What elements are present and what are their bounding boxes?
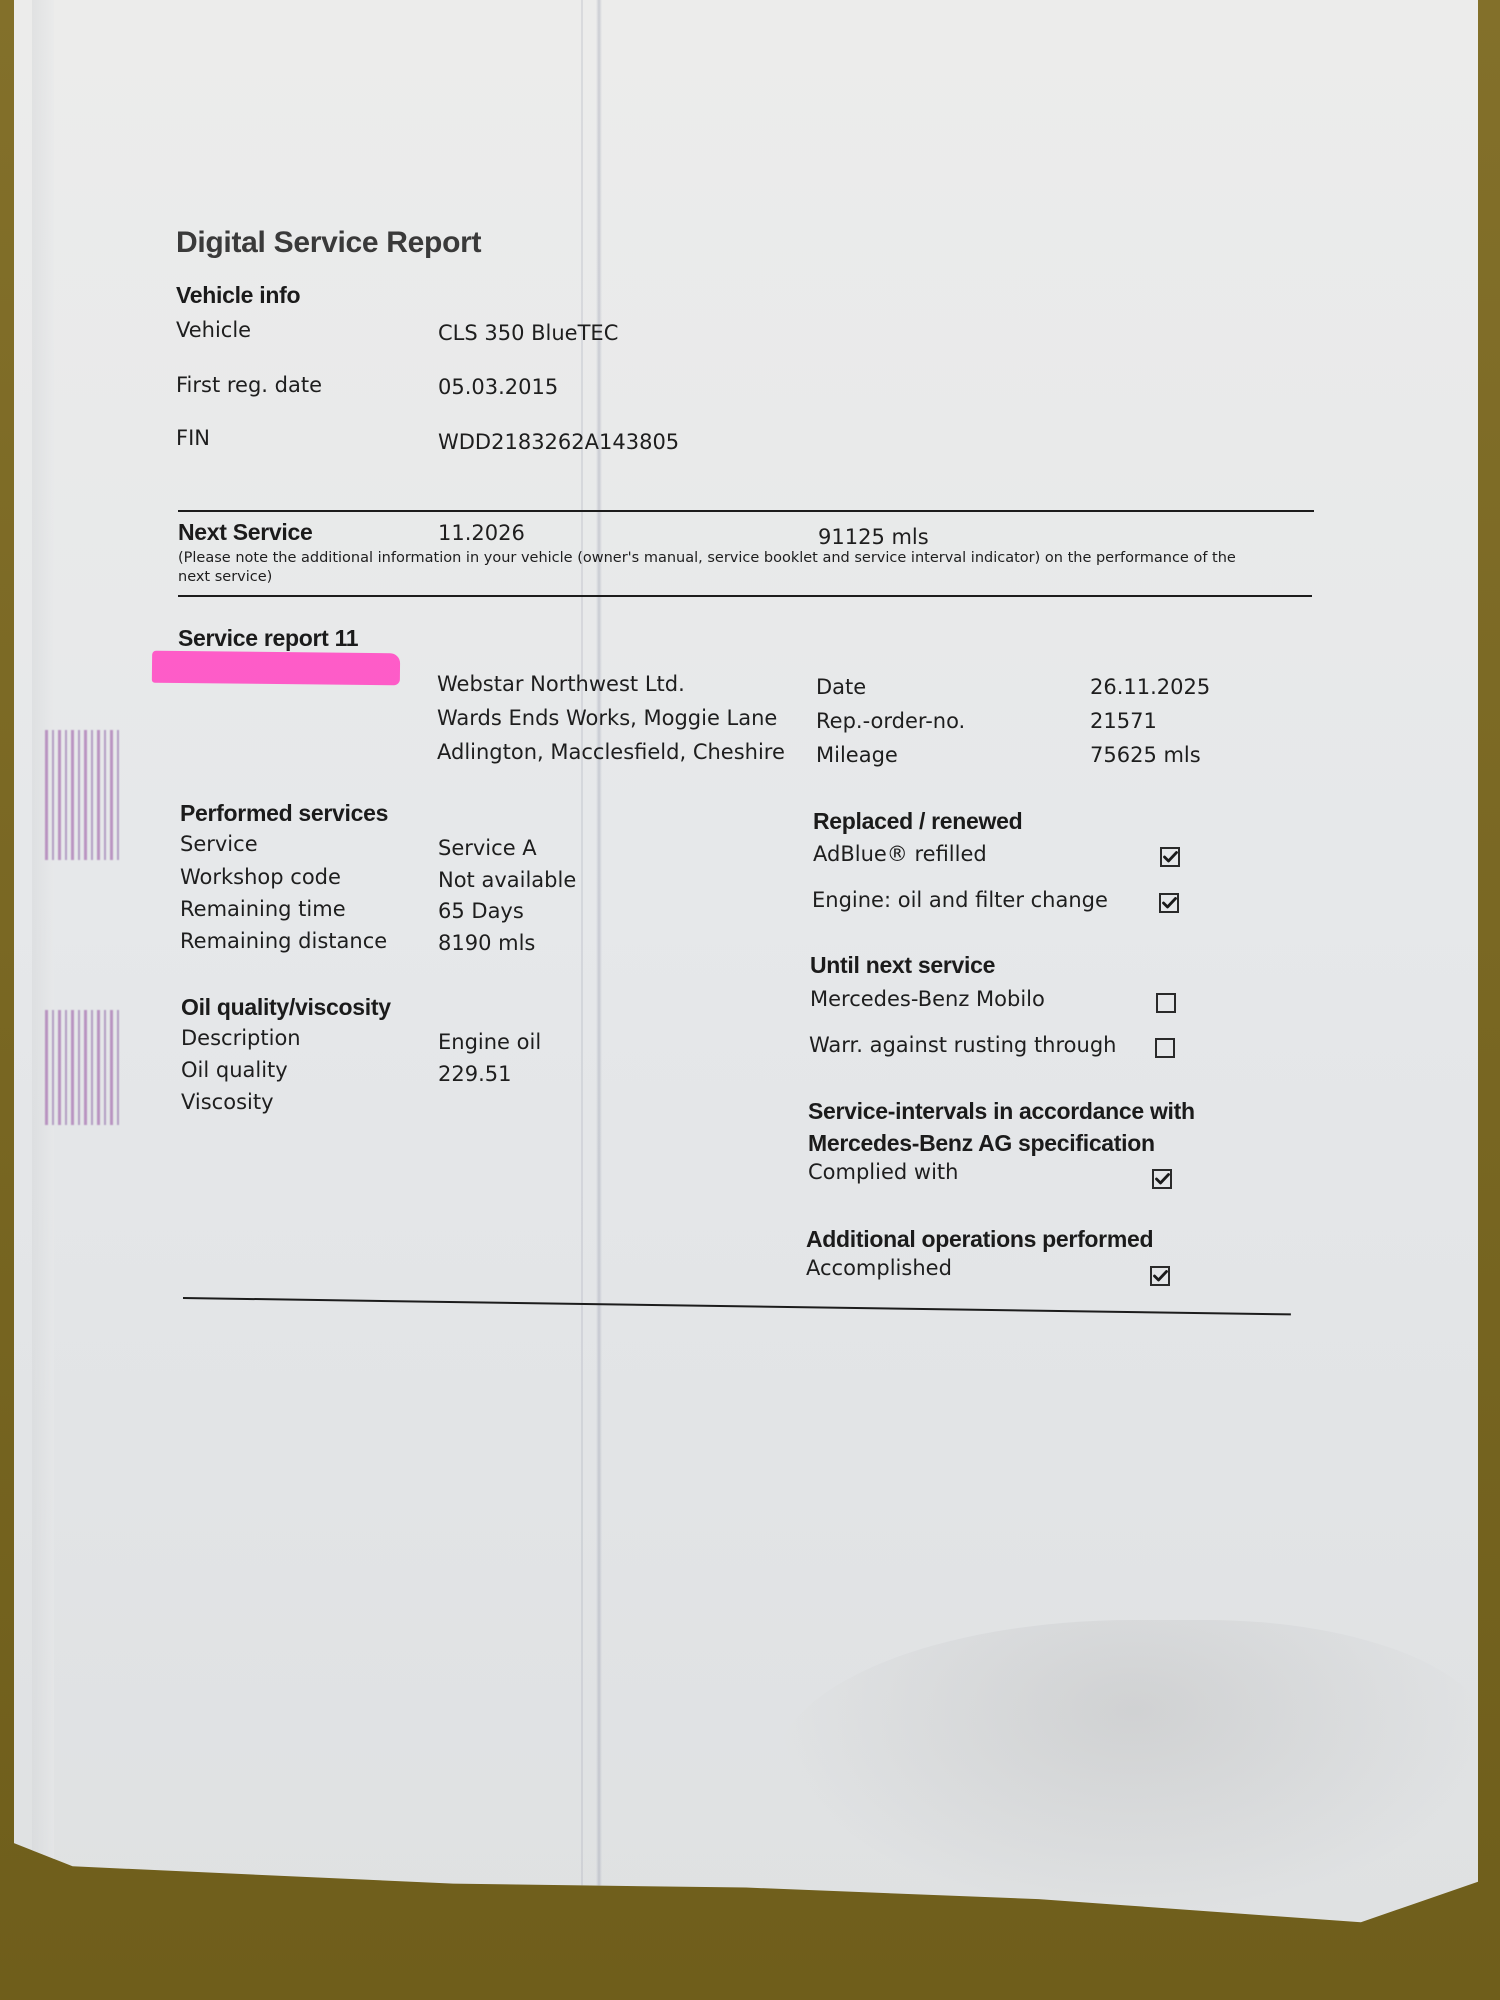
rust-warranty-checkbox[interactable]	[1155, 1038, 1175, 1058]
remaining-distance-label: Remaining distance	[180, 929, 387, 953]
vehicle-label: Vehicle	[176, 318, 251, 342]
service-report-heading: Service report 11	[178, 625, 358, 652]
first-reg-value: 05.03.2015	[438, 375, 558, 399]
checkmark-icon	[1155, 1173, 1170, 1185]
replaced-heading: Replaced / renewed	[813, 808, 1022, 835]
highlighter-mark	[152, 651, 400, 686]
next-service-label: Next Service	[178, 519, 313, 546]
workshop-code-label: Workshop code	[180, 865, 341, 889]
checkmark-icon	[1153, 1270, 1168, 1282]
remaining-distance-value: 8190 mls	[438, 931, 535, 955]
adblue-label: AdBlue® refilled	[813, 842, 987, 866]
dealer-address-1: Wards Ends Works, Moggie Lane	[437, 706, 777, 730]
additional-ops-heading: Additional operations performed	[806, 1226, 1153, 1253]
oil-heading: Oil quality/viscosity	[181, 994, 391, 1021]
service-intervals-heading-cont: Mercedes-Benz AG specification	[808, 1130, 1155, 1157]
remaining-time-value: 65 Days	[438, 899, 524, 923]
remaining-time-label: Remaining time	[180, 897, 346, 921]
rep-order-label: Rep.-order-no.	[816, 709, 965, 733]
oil-description-label: Description	[181, 1026, 301, 1050]
mobilo-checkbox[interactable]	[1156, 993, 1176, 1013]
rust-warranty-label: Warr. against rusting through	[809, 1033, 1116, 1057]
fold-line	[581, 0, 583, 1900]
next-service-note: (Please note the additional information …	[178, 549, 1236, 567]
oil-quality-value: 229.51	[438, 1062, 511, 1086]
mileage-label: Mileage	[816, 743, 898, 767]
dealer-address-2: Adlington, Macclesfield, Cheshire	[437, 740, 785, 764]
oil-filter-checkbox[interactable]	[1159, 893, 1179, 913]
next-service-note-cont: next service)	[178, 568, 272, 586]
complied-label: Complied with	[808, 1160, 958, 1184]
adblue-checkbox[interactable]	[1160, 847, 1180, 867]
next-service-mileage: 91125 mls	[818, 525, 929, 549]
vehicle-value: CLS 350 BlueTEC	[438, 321, 618, 345]
fin-label: FIN	[176, 426, 210, 450]
purple-stamp-mark	[45, 730, 120, 860]
dealer-name: Webstar Northwest Ltd.	[437, 672, 685, 696]
date-value: 26.11.2025	[1090, 675, 1210, 699]
divider	[178, 595, 1312, 597]
vehicle-info-heading: Vehicle info	[176, 282, 300, 309]
service-intervals-heading: Service-intervals in accordance with	[808, 1098, 1195, 1125]
until-next-heading: Until next service	[810, 952, 995, 979]
divider	[178, 510, 1314, 512]
oil-filter-label: Engine: oil and filter change	[812, 888, 1108, 912]
next-service-date: 11.2026	[438, 521, 525, 545]
checkmark-icon	[1163, 851, 1178, 863]
fin-value: WDD2183262A143805	[438, 430, 679, 454]
fold-crease	[596, 0, 602, 1900]
accomplished-label: Accomplished	[806, 1256, 952, 1280]
page-title: Digital Service Report	[176, 226, 481, 260]
accomplished-checkbox[interactable]	[1150, 1266, 1170, 1286]
service-value: Service A	[438, 836, 537, 860]
purple-stamp-mark	[45, 1010, 120, 1125]
service-label: Service	[180, 832, 258, 856]
shadow	[774, 1620, 1494, 1920]
complied-checkbox[interactable]	[1152, 1169, 1172, 1189]
first-reg-label: First reg. date	[176, 373, 322, 397]
viscosity-label: Viscosity	[181, 1090, 274, 1114]
mobilo-label: Mercedes-Benz Mobilo	[810, 987, 1045, 1011]
checkmark-icon	[1162, 897, 1177, 909]
rep-order-value: 21571	[1090, 709, 1157, 733]
date-label: Date	[816, 675, 866, 699]
workshop-code-value: Not available	[438, 868, 576, 892]
performed-services-heading: Performed services	[180, 800, 388, 827]
oil-quality-label: Oil quality	[181, 1058, 288, 1082]
mileage-value: 75625 mls	[1090, 743, 1201, 767]
oil-description-value: Engine oil	[438, 1030, 541, 1054]
